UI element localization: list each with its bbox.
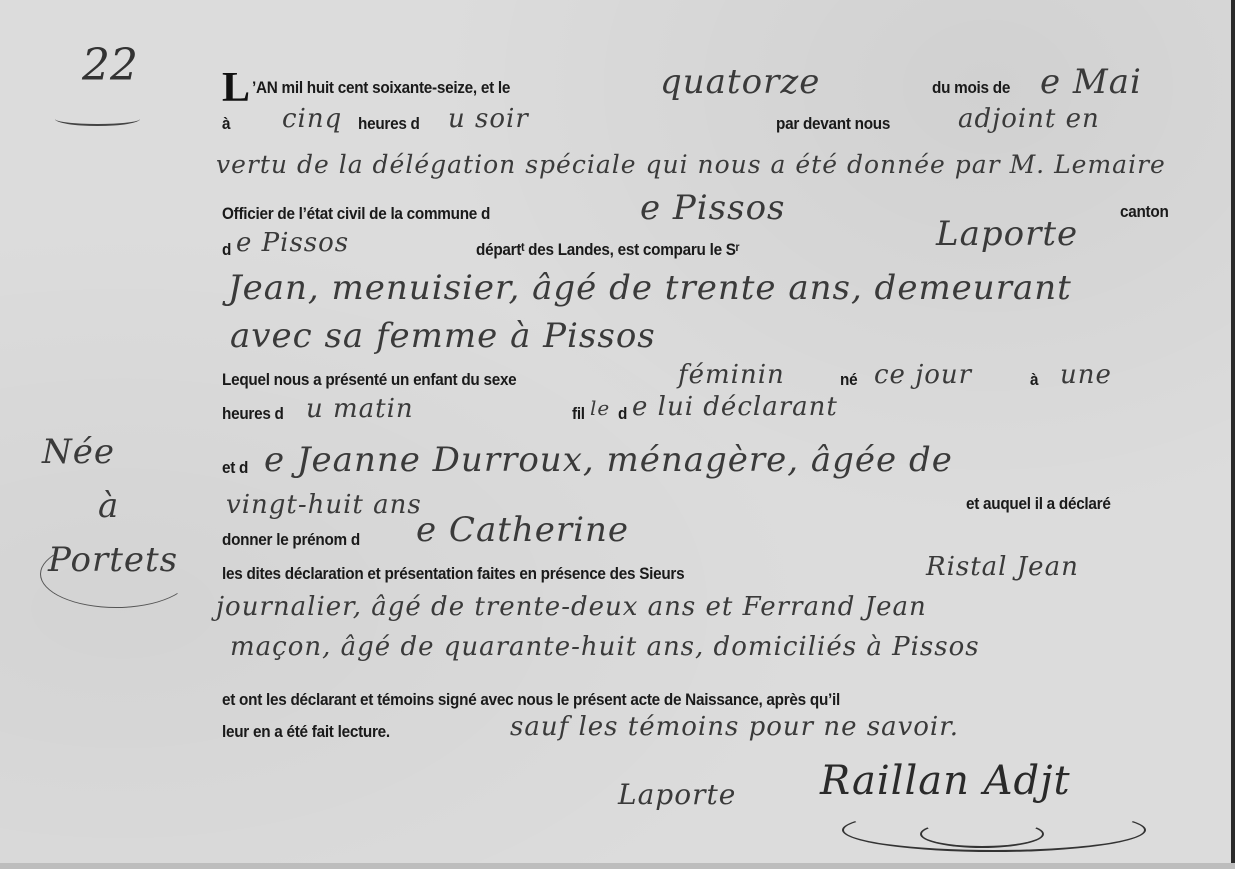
signature-flourish-2: [920, 820, 1044, 848]
entry-number-underline: [55, 112, 140, 126]
printed-dites-declaration: les dites déclaration et présentation fa…: [222, 564, 684, 584]
printed-signature-clause: et ont les déclarant et témoins signé av…: [222, 690, 840, 710]
printed-departement: départᵗ des Landes, est comparu le Sʳ: [476, 240, 739, 260]
hand-declarant-residence: avec sa femme à Pissos: [230, 316, 656, 356]
hand-day: quatorze: [660, 62, 820, 102]
printed-heures2: heures d: [222, 404, 284, 424]
printed-d: d: [222, 240, 231, 260]
printed-et-d: et d: [222, 458, 248, 478]
hand-closing: sauf les témoins pour ne savoir.: [510, 712, 959, 742]
hand-official: adjoint en: [958, 104, 1100, 134]
hand-witness1: Ristal Jean: [926, 552, 1079, 582]
hand-filiation-b: e lui déclarant: [632, 392, 838, 422]
hand-birth-day: ce jour: [874, 360, 972, 390]
printed-ne: né: [840, 370, 857, 390]
hand-commune: e Pissos: [640, 188, 786, 228]
hand-delegation: vertu de la délégation spéciale qui nous…: [216, 150, 1166, 179]
hand-hour: cinq: [282, 104, 342, 134]
margin-note-nee: Née: [42, 432, 115, 472]
printed-lecture: leur en a été fait lecture.: [222, 722, 390, 742]
hand-mother: e Jeanne Durroux, ménagère, âgée de: [264, 440, 953, 480]
hand-month: e Mai: [1040, 62, 1142, 102]
entry-number: 22: [82, 40, 138, 91]
printed-a2: à: [1030, 370, 1038, 390]
hand-time-of-day: u soir: [448, 104, 529, 134]
hand-given-name: e Catherine: [416, 510, 629, 550]
printed-canton: canton: [1120, 202, 1169, 222]
hand-declarant-surname: Laporte: [936, 214, 1078, 254]
margin-note-flourish: [40, 540, 192, 608]
printed-month-label: du mois de: [932, 78, 1010, 98]
civil-register-page: 22 Née à Portets L ’AN mil huit cent soi…: [0, 0, 1235, 869]
hand-witness-details1: journalier, âgé de trente-deux ans et Fe…: [216, 592, 927, 622]
margin-note-a: à: [98, 486, 119, 526]
printed-auquel: et auquel il a déclaré: [966, 494, 1111, 514]
hand-declarant-details: Jean, menuisier, âgé de trente ans, deme…: [228, 268, 1072, 308]
printed-lequel: Lequel nous a présenté un enfant du sexe: [222, 370, 516, 390]
drop-cap: L: [222, 64, 250, 112]
hand-sex: féminin: [678, 360, 785, 390]
page-edge: [1231, 0, 1235, 869]
page-edge-bottom: [0, 863, 1235, 869]
printed-year-line: ’AN mil huit cent soixante-seize, et le: [252, 78, 510, 98]
signature-official: Raillan Adjt: [820, 758, 1071, 804]
signature-declarant: Laporte: [618, 778, 736, 811]
hand-birth-hour: une: [1060, 360, 1112, 390]
hand-birth-time: u matin: [306, 394, 414, 424]
hand-mother-age: vingt-huit ans: [226, 490, 422, 520]
printed-officier: Officier de l’état civil de la commune d: [222, 204, 490, 224]
printed-d2: d: [618, 404, 627, 424]
printed-devant-nous: par devant nous: [776, 114, 890, 134]
printed-heures: heures d: [358, 114, 420, 134]
hand-witness-details2: maçon, âgé de quarante-huit ans, domicil…: [230, 632, 980, 662]
printed-fil: fil: [572, 404, 585, 424]
hand-canton: e Pissos: [236, 228, 349, 258]
printed-a: à: [222, 114, 230, 134]
hand-filiation-a: le: [590, 396, 610, 420]
printed-prenom: donner le prénom d: [222, 530, 360, 550]
